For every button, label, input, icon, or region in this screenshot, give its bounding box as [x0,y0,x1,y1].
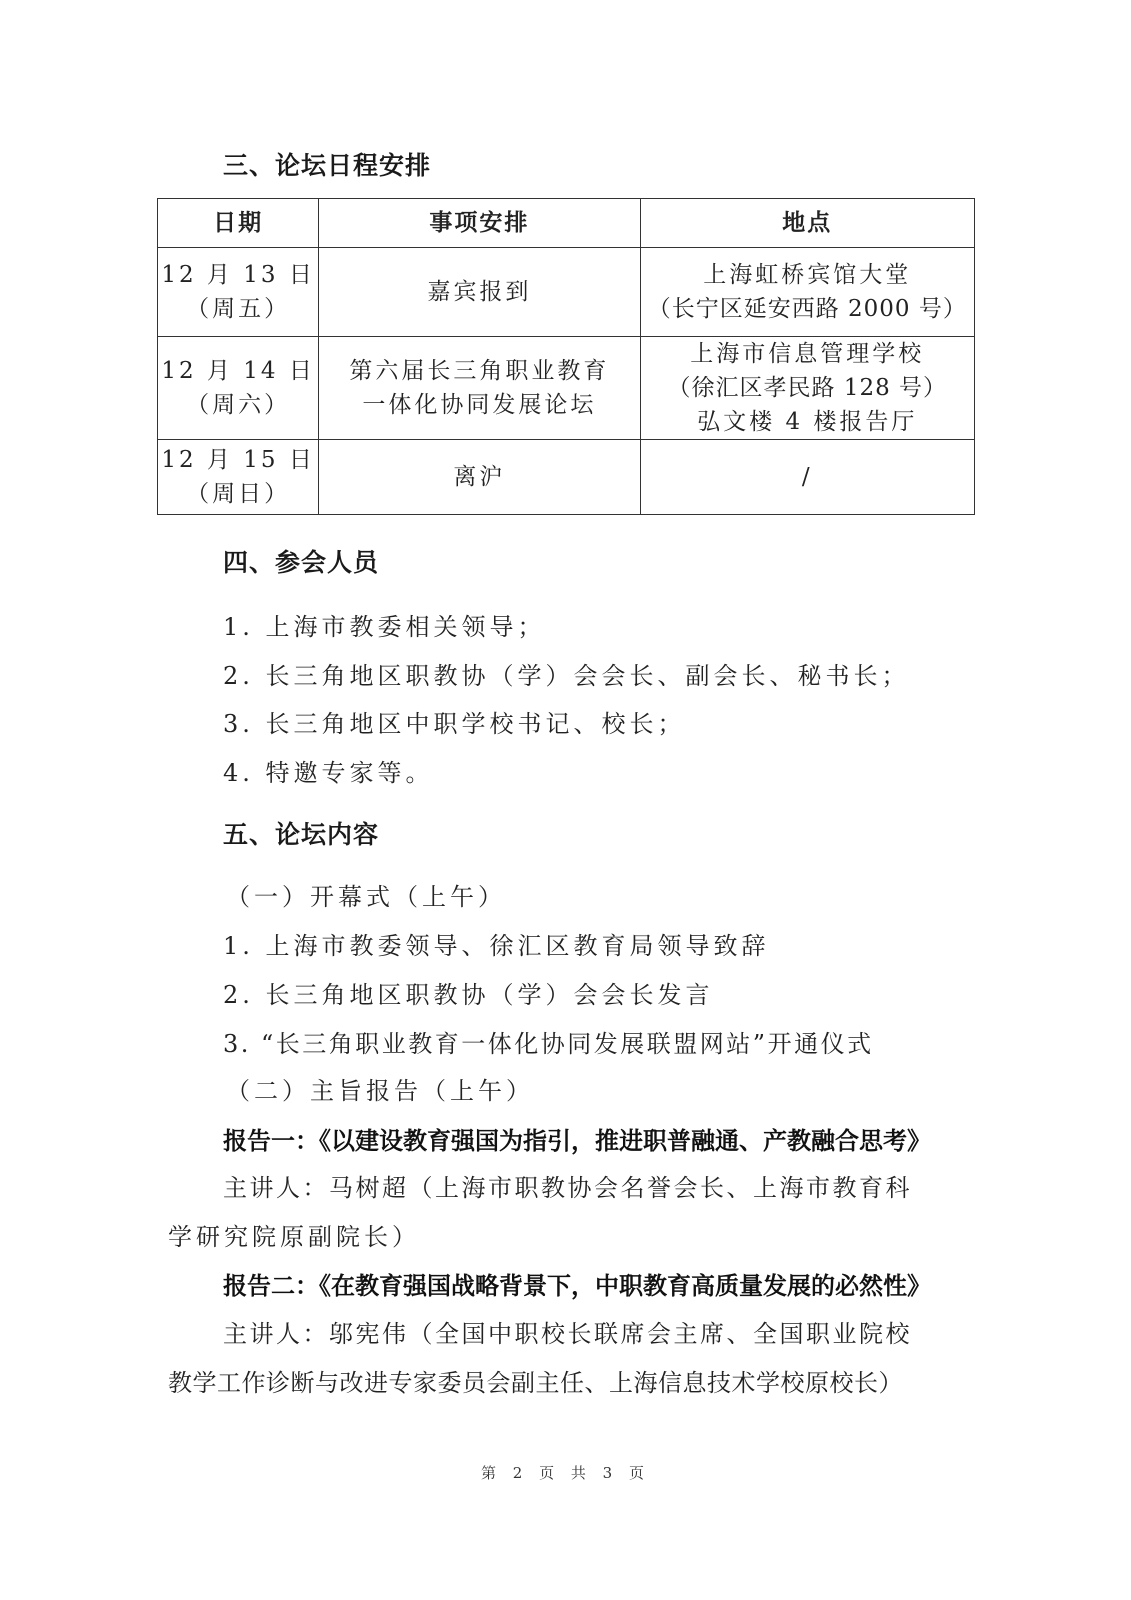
address-text: （长宁区延安西路 2000 号） [641,292,974,326]
address-text: （徐汇区孝民路 128 号） [641,371,974,405]
table-cell-event: 第六届长三角职业教育 一体化协同发展论坛 [319,337,640,440]
table-cell-location: 上海市信息管理学校 （徐汇区孝民路 128 号） 弘文楼 4 楼报告厅 [640,337,974,440]
speaker-info: 主讲人：邬宪伟（全国中职校长联席会主席、全国职业院校 [223,1314,912,1349]
speaker-info: 教学工作诊断与改进专家委员会副主任、上海信息技术学校原校长） [168,1363,903,1398]
location-text: 上海虹桥宾馆大堂 [641,258,974,292]
list-item: 2. 长三角地区职教协（学）会会长发言 [223,975,714,1010]
event-text: 一体化协同发展论坛 [319,388,639,422]
table-header-row: 日期 事项安排 地点 [158,199,975,248]
table-cell-event: 离沪 [319,440,640,515]
section-heading-content: 五、论坛内容 [223,815,379,851]
weekday-text: （周五） [158,292,318,326]
report-title: 报告二：《在教育强国战略背景下，中职教育高质量发展的必然性》 [223,1266,931,1301]
list-item: 2. 长三角地区职教协（学）会会长、副会长、秘书长； [223,656,910,691]
weekday-text: （周日） [158,477,318,511]
subsection-title-keynote: （二）主旨报告（上午） [226,1071,534,1106]
event-text: 第六届长三角职业教育 [319,354,639,388]
event-text: 嘉宾报到 [319,275,639,309]
section-heading-schedule: 三、论坛日程安排 [223,146,431,182]
list-item: 1. 上海市教委相关领导； [223,607,546,642]
date-text: 12 月 15 日 [158,443,318,477]
speaker-info: 学研究院原副院长） [168,1217,420,1252]
document-page: 三、论坛日程安排 日期 事项安排 地点 12 月 13 日 （周五） 嘉宾报到 … [0,0,1131,1600]
table-cell-location: 上海虹桥宾馆大堂 （长宁区延安西路 2000 号） [640,248,974,337]
table-header-location: 地点 [640,199,974,248]
report-title: 报告一：《以建设教育强国为指引，推进职普融通、产教融合思考》 [223,1121,931,1156]
speaker-info: 主讲人：马树超（上海市职教协会名誉会长、上海市教育科 [223,1168,912,1203]
table-cell-date: 12 月 14 日 （周六） [158,337,319,440]
location-text: / [641,460,974,494]
table-cell-location: / [640,440,974,515]
schedule-table: 日期 事项安排 地点 12 月 13 日 （周五） 嘉宾报到 上海虹桥宾馆大堂 … [157,198,975,515]
location-text: 上海市信息管理学校 [641,337,974,371]
section-heading-attendees: 四、参会人员 [223,543,379,579]
room-text: 弘文楼 4 楼报告厅 [641,405,974,439]
list-item: 3. “长三角职业教育一体化协同发展联盟网站”开通仪式 [223,1024,874,1059]
event-text: 离沪 [319,460,639,494]
date-text: 12 月 14 日 [158,354,318,388]
table-row: 12 月 13 日 （周五） 嘉宾报到 上海虹桥宾馆大堂 （长宁区延安西路 20… [158,248,975,337]
list-item: 1. 上海市教委领导、徐汇区教育局领导致辞 [223,926,770,961]
table-header-date: 日期 [158,199,319,248]
table-header-event: 事项安排 [319,199,640,248]
table-cell-date: 12 月 15 日 （周日） [158,440,319,515]
table-cell-date: 12 月 13 日 （周五） [158,248,319,337]
date-text: 12 月 13 日 [158,258,318,292]
table-row: 12 月 15 日 （周日） 离沪 / [158,440,975,515]
subsection-title-opening: （一）开幕式（上午） [226,877,506,912]
list-item: 4. 特邀专家等。 [223,753,434,788]
weekday-text: （周六） [158,388,318,422]
list-item: 3. 长三角地区中职学校书记、校长； [223,704,686,739]
table-row: 12 月 14 日 （周六） 第六届长三角职业教育 一体化协同发展论坛 上海市信… [158,337,975,440]
table-cell-event: 嘉宾报到 [319,248,640,337]
page-number: 第 2 页 共 3 页 [0,1462,1131,1483]
